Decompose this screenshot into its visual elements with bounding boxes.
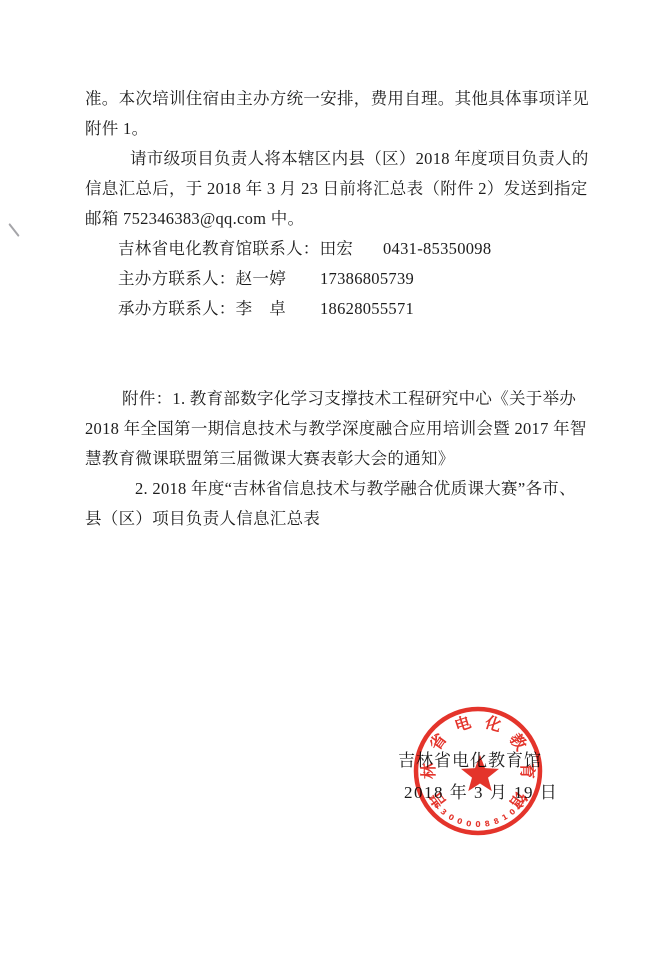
- official-seal: 吉林省电化教育馆 2201880000363: [403, 696, 553, 846]
- contact-phone: 17386805739: [320, 264, 414, 294]
- svg-text:1: 1: [500, 812, 509, 822]
- svg-text:0: 0: [507, 807, 517, 817]
- scanned-document-page: 准。本次培训住宿由主办方统一安排，费用自理。其他具体事项详见 附件 1。 请市级…: [0, 0, 662, 960]
- contact-row: 承办方联系人：李 卓 18628055571: [85, 294, 577, 324]
- contact-label: 吉林省电化教育馆联系人：: [118, 239, 320, 258]
- scan-artifact-mark: [8, 223, 19, 237]
- svg-text:0: 0: [465, 819, 472, 829]
- attachment-line: 2018 年全国第一期信息技术与教学深度融合应用培训会暨 2017 年智: [85, 414, 577, 444]
- contact-label: 承办方联系人：: [118, 299, 236, 318]
- seal-star-icon: [461, 755, 499, 791]
- svg-text:8: 8: [484, 819, 491, 829]
- contact-row: 主办方联系人：赵一婷 17386805739: [85, 264, 577, 294]
- body-line: 准。本次培训住宿由主办方统一安排，费用自理。其他具体事项详见: [85, 84, 577, 114]
- svg-text:育: 育: [518, 763, 537, 779]
- document-body: 准。本次培训住宿由主办方统一安排，费用自理。其他具体事项详见 附件 1。 请市级…: [85, 84, 577, 534]
- svg-text:林: 林: [420, 762, 438, 779]
- blank-gap: [85, 324, 577, 384]
- contact-label: 主办方联系人：: [118, 269, 236, 288]
- contact-name: 田宏: [320, 239, 354, 258]
- svg-text:0: 0: [447, 812, 456, 822]
- contact-name: 赵一婷: [236, 269, 286, 288]
- svg-text:0: 0: [475, 820, 480, 829]
- body-line: 附件 1。: [85, 114, 577, 144]
- svg-text:0: 0: [456, 816, 464, 826]
- svg-text:8: 8: [492, 816, 500, 826]
- svg-text:电: 电: [452, 712, 473, 735]
- body-line: 请市级项目负责人将本辖区内县（区）2018 年度项目负责人的: [85, 144, 577, 174]
- attachment-line: 附件：1. 教育部数字化学习支撑技术工程研究中心《关于举办: [85, 384, 577, 414]
- attachment-line: 慧教育微课联盟第三届微课大赛表彰大会的通知》: [85, 444, 577, 474]
- contact-row: 吉林省电化教育馆联系人：田宏 0431-85350098: [85, 234, 577, 264]
- attachment-line: 县（区）项目负责人信息汇总表: [85, 504, 577, 534]
- body-line: 邮箱 752346383@qq.com 中。: [85, 204, 577, 234]
- body-line: 信息汇总后，于 2018 年 3 月 23 日前将汇总表（附件 2）发送到指定: [85, 174, 577, 204]
- contact-phone: 0431-85350098: [383, 234, 491, 264]
- attachment-line: 2. 2018 年度“吉林省信息技术与教学融合优质课大赛”各市、: [85, 474, 577, 504]
- contact-phone: 18628055571: [320, 294, 414, 324]
- contact-name: 李 卓: [236, 299, 286, 318]
